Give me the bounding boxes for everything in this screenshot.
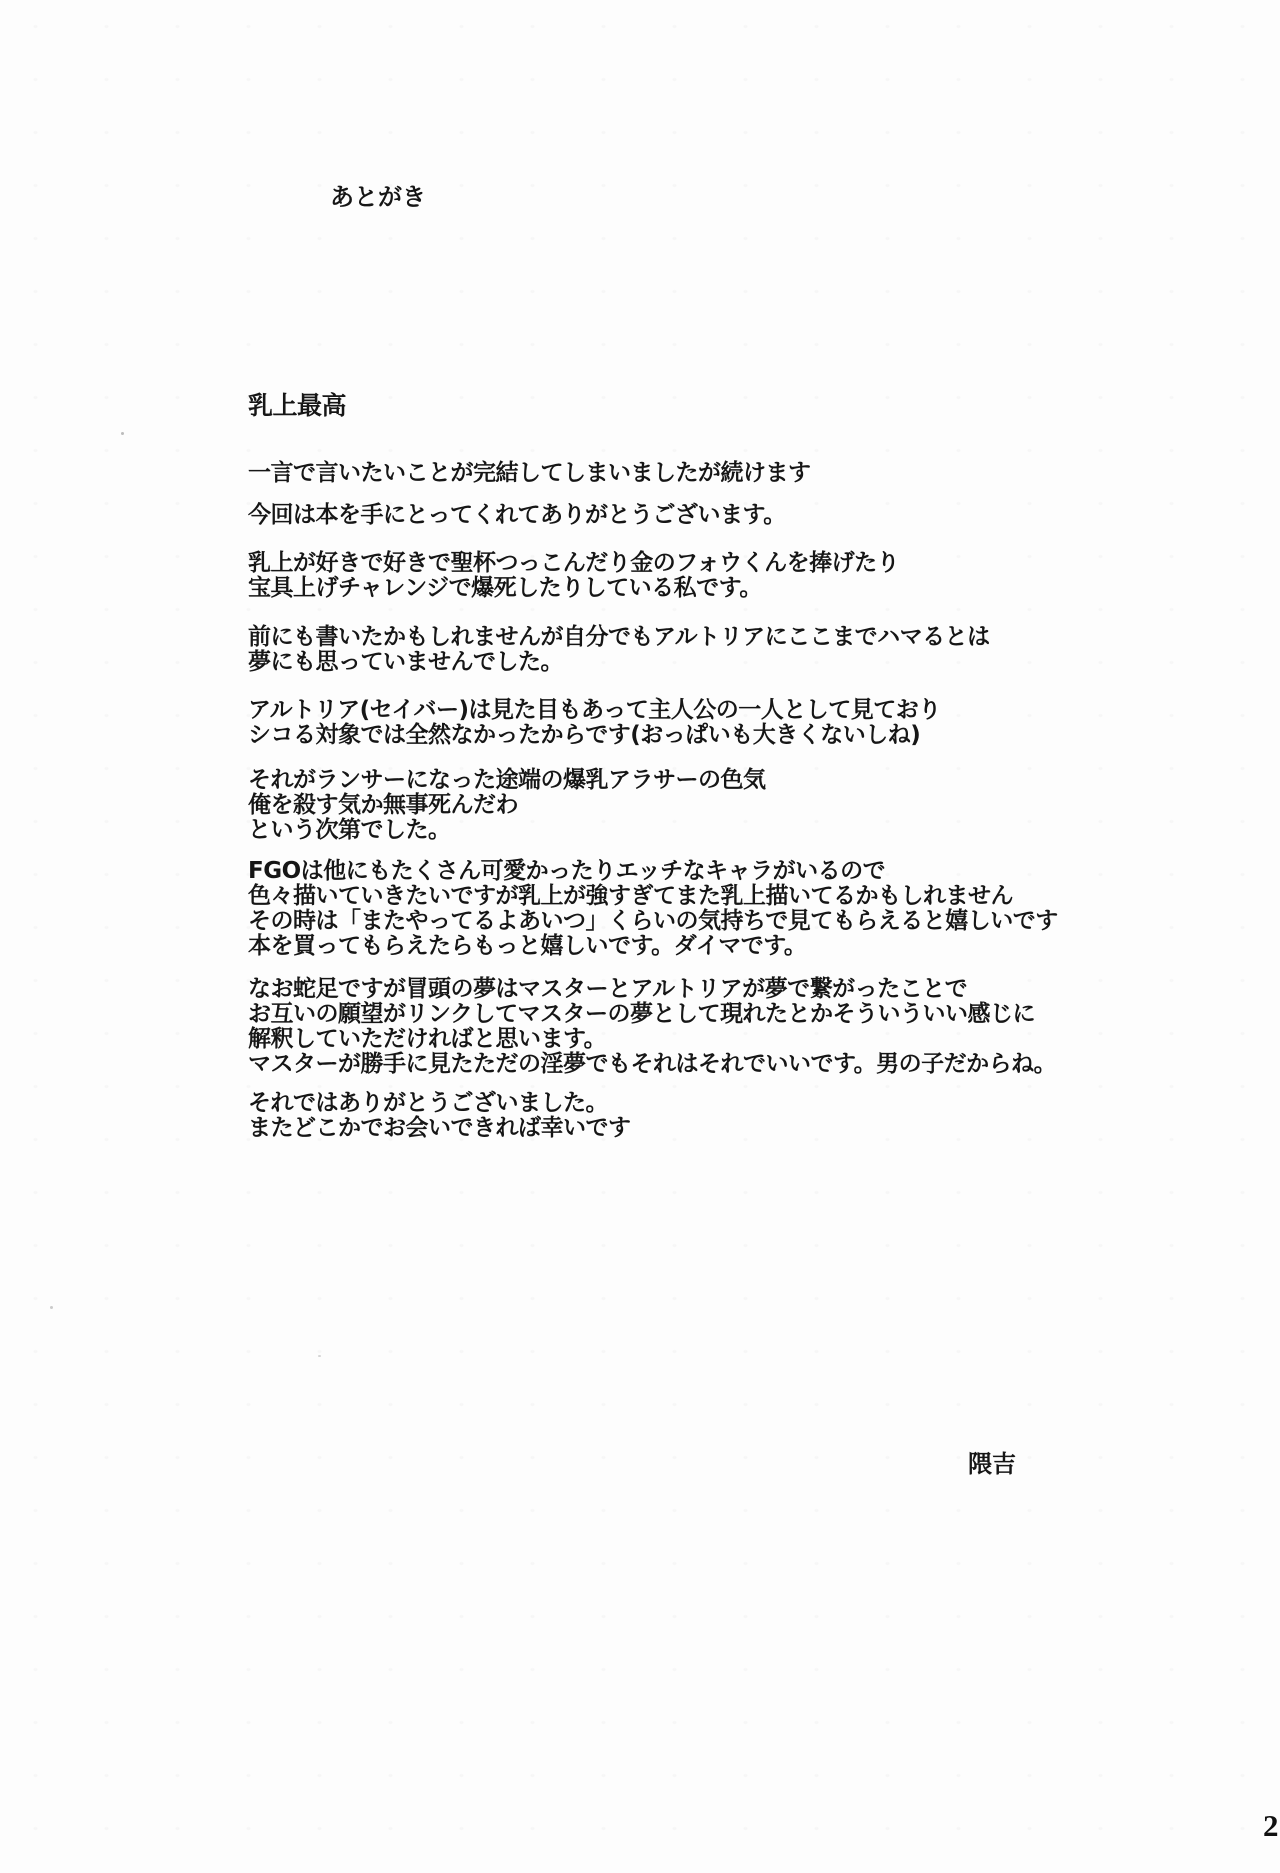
afterword-title: あとがき <box>330 183 426 211</box>
paragraph-line: その時は「またやってるよあいつ」くらいの気持ちで見てもらえると嬉しいです <box>248 909 1058 934</box>
scan-speck <box>121 432 124 435</box>
paragraph: なお蛇足ですが冒頭の夢はマスターとアルトリアが夢で繋がったことで お互いの願望が… <box>248 977 1056 1077</box>
paragraph: それではありがとうございました。 またどこかでお会いできれば幸いです <box>248 1091 631 1141</box>
paragraph-line: 本を買ってもらえたらもっと嬉しいです。ダイマです。 <box>248 934 1058 959</box>
paragraph-line: お互いの願望がリンクしてマスターの夢として現れたとかそういういい感じに <box>248 1002 1056 1027</box>
paragraph-line: 夢にも思っていませんでした。 <box>248 650 990 675</box>
scan-speck <box>50 1306 53 1309</box>
paragraph-line: FGOは他にもたくさん可愛かったりエッチなキャラがいるので <box>248 859 1058 884</box>
paragraph: 今回は本を手にとってくれてありがとうございます。 <box>248 503 786 528</box>
paragraph-line: 俺を殺す気か無事死んだわ <box>248 793 766 818</box>
paragraph-line: 今回は本を手にとってくれてありがとうございます。 <box>248 503 786 528</box>
paragraph: 前にも書いたかもしれませんが自分でもアルトリアにここまでハマるとは 夢にも思って… <box>248 625 990 675</box>
paragraph: 一言で言いたいことが完結してしまいましたが続けます <box>248 461 811 486</box>
heading-text: 乳上最高 <box>248 393 346 418</box>
paragraph: 乳上最高 <box>248 393 346 418</box>
paragraph: FGOは他にもたくさん可愛かったりエッチなキャラがいるので 色々描いていきたいで… <box>248 859 1058 959</box>
afterword-page: あとがき 乳上最高 一言で言いたいことが完結してしまいましたが続けます 今回は本… <box>0 0 1280 1873</box>
paragraph-line: 乳上が好きで好きで聖杯つっこんだり金のフォウくんを捧げたり <box>248 551 899 576</box>
paragraph-line: それではありがとうございました。 <box>248 1091 631 1116</box>
paragraph-line: 宝具上げチャレンジで爆死したりしている私です。 <box>248 576 899 601</box>
paragraph-line: 解釈していただければと思います。 <box>248 1027 1056 1052</box>
paragraph-line: 色々描いていきたいですが乳上が強すぎてまた乳上描いてるかもしれません <box>248 884 1058 909</box>
paragraph-line: またどこかでお会いできれば幸いです <box>248 1116 631 1141</box>
paragraph-line: マスターが勝手に見たただの淫夢でもそれはそれでいいです。男の子だからね。 <box>248 1052 1056 1077</box>
paragraph-line: シコる対象では全然なかったからです(おっぱいも大きくないしね) <box>248 723 941 748</box>
paragraph-line: それがランサーになった途端の爆乳アラサーの色気 <box>248 768 766 793</box>
paragraph-line: アルトリア(セイバー)は見た目もあって主人公の一人として見ており <box>248 698 941 723</box>
paragraph: アルトリア(セイバー)は見た目もあって主人公の一人として見ており シコる対象では… <box>248 698 941 748</box>
paragraph-line: なお蛇足ですが冒頭の夢はマスターとアルトリアが夢で繋がったことで <box>248 977 1056 1002</box>
scan-speck <box>318 1355 321 1357</box>
paragraph-line: 一言で言いたいことが完結してしまいましたが続けます <box>248 461 811 486</box>
paragraph-line: 前にも書いたかもしれませんが自分でもアルトリアにここまでハマるとは <box>248 625 990 650</box>
paragraph: それがランサーになった途端の爆乳アラサーの色気 俺を殺す気か無事死んだわ という… <box>248 768 766 843</box>
page-number: 2 <box>1263 1810 1279 1841</box>
author-signature: 隈吉 <box>968 1444 1016 1479</box>
paragraph: 乳上が好きで好きで聖杯つっこんだり金のフォウくんを捧げたり 宝具上げチャレンジで… <box>248 551 899 601</box>
paragraph-line: という次第でした。 <box>248 818 766 843</box>
